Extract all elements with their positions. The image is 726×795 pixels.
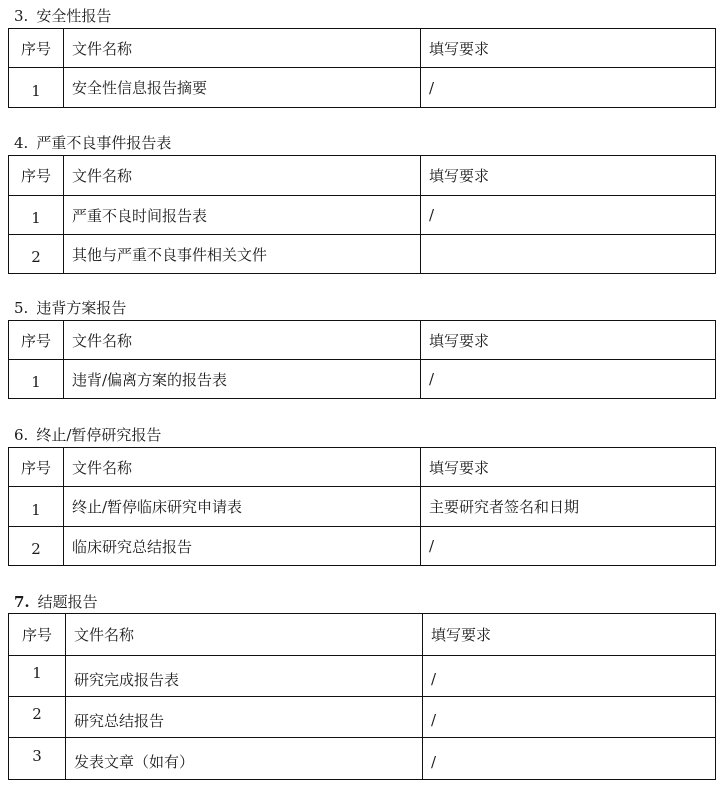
header-requirement: 填写要求 <box>423 614 716 656</box>
header-requirement: 填写要求 <box>421 29 716 68</box>
cell-requirement: / <box>421 196 716 235</box>
section-4-table: 序号 文件名称 填写要求 1 严重不良时间报告表 / 2 其他与严重不良事件相关… <box>8 155 716 274</box>
cell-index: 1 <box>9 656 66 697</box>
section-7-title: 7.结题报告 <box>14 592 98 612</box>
table-header-row: 序号 文件名称 填写要求 <box>9 321 716 360</box>
cell-requirement: / <box>421 68 716 108</box>
cell-requirement <box>421 235 716 274</box>
cell-name: 研究总结报告 <box>66 697 423 738</box>
table-header-row: 序号 文件名称 填写要求 <box>9 448 716 487</box>
header-name: 文件名称 <box>66 614 423 656</box>
cell-index: 2 <box>9 235 64 274</box>
header-requirement: 填写要求 <box>421 321 716 360</box>
section-number: 4. <box>14 134 28 152</box>
table-header-row: 序号 文件名称 填写要求 <box>9 29 716 68</box>
table-row: 1 研究完成报告表 / <box>9 656 716 697</box>
table-header-row: 序号 文件名称 填写要求 <box>9 614 716 656</box>
cell-index: 1 <box>9 68 64 108</box>
cell-name: 严重不良时间报告表 <box>64 196 421 235</box>
section-heading: 终止/暂停研究报告 <box>36 426 161 444</box>
section-3-table: 序号 文件名称 填写要求 1 安全性信息报告摘要 / <box>8 28 716 108</box>
cell-index: 3 <box>9 738 66 780</box>
section-heading: 严重不良事件报告表 <box>36 134 171 152</box>
header-name: 文件名称 <box>64 448 421 487</box>
section-heading: 违背方案报告 <box>36 299 126 317</box>
section-5-table: 序号 文件名称 填写要求 1 违背/偏离方案的报告表 / <box>8 320 716 399</box>
cell-name: 研究完成报告表 <box>66 656 423 697</box>
header-name: 文件名称 <box>64 321 421 360</box>
cell-requirement: 主要研究者签名和日期 <box>421 487 716 527</box>
header-requirement: 填写要求 <box>421 448 716 487</box>
table-row: 3 发表文章（如有） / <box>9 738 716 780</box>
cell-index: 1 <box>9 196 64 235</box>
cell-name: 发表文章（如有） <box>66 738 423 780</box>
header-index: 序号 <box>9 156 64 196</box>
section-7-table: 序号 文件名称 填写要求 1 研究完成报告表 / 2 研究总结报告 / 3 发表… <box>8 613 716 780</box>
header-name: 文件名称 <box>64 29 421 68</box>
header-name: 文件名称 <box>64 156 421 196</box>
header-index: 序号 <box>9 321 64 360</box>
table-header-row: 序号 文件名称 填写要求 <box>9 156 716 196</box>
section-heading: 安全性报告 <box>36 7 111 25</box>
section-5-title: 5.违背方案报告 <box>14 298 126 318</box>
cell-requirement: / <box>423 656 716 697</box>
table-row: 1 严重不良时间报告表 / <box>9 196 716 235</box>
cell-requirement: / <box>423 697 716 738</box>
cell-index: 1 <box>9 487 64 527</box>
section-number: 7. <box>14 593 30 611</box>
table-row: 2 临床研究总结报告 / <box>9 527 716 566</box>
table-row: 1 违背/偏离方案的报告表 / <box>9 360 716 399</box>
cell-requirement: / <box>421 360 716 399</box>
section-4-title: 4.严重不良事件报告表 <box>14 133 171 153</box>
section-6-table: 序号 文件名称 填写要求 1 终止/暂停临床研究申请表 主要研究者签名和日期 2… <box>8 447 716 566</box>
cell-name: 临床研究总结报告 <box>64 527 421 566</box>
cell-name: 终止/暂停临床研究申请表 <box>64 487 421 527</box>
cell-name: 安全性信息报告摘要 <box>64 68 421 108</box>
table-row: 1 安全性信息报告摘要 / <box>9 68 716 108</box>
cell-index: 1 <box>9 360 64 399</box>
table-row: 2 研究总结报告 / <box>9 697 716 738</box>
section-number: 5. <box>14 299 28 317</box>
section-number: 6. <box>14 426 28 444</box>
cell-name: 其他与严重不良事件相关文件 <box>64 235 421 274</box>
cell-name: 违背/偏离方案的报告表 <box>64 360 421 399</box>
cell-requirement: / <box>421 527 716 566</box>
header-index: 序号 <box>9 614 66 656</box>
cell-index: 2 <box>9 527 64 566</box>
header-index: 序号 <box>9 29 64 68</box>
section-number: 3. <box>14 7 28 25</box>
section-6-title: 6.终止/暂停研究报告 <box>14 425 161 445</box>
table-row: 1 终止/暂停临床研究申请表 主要研究者签名和日期 <box>9 487 716 527</box>
table-row: 2 其他与严重不良事件相关文件 <box>9 235 716 274</box>
cell-index: 2 <box>9 697 66 738</box>
header-index: 序号 <box>9 448 64 487</box>
header-requirement: 填写要求 <box>421 156 716 196</box>
section-heading: 结题报告 <box>38 593 98 611</box>
cell-requirement: / <box>423 738 716 780</box>
section-3-title: 3.安全性报告 <box>14 6 111 26</box>
